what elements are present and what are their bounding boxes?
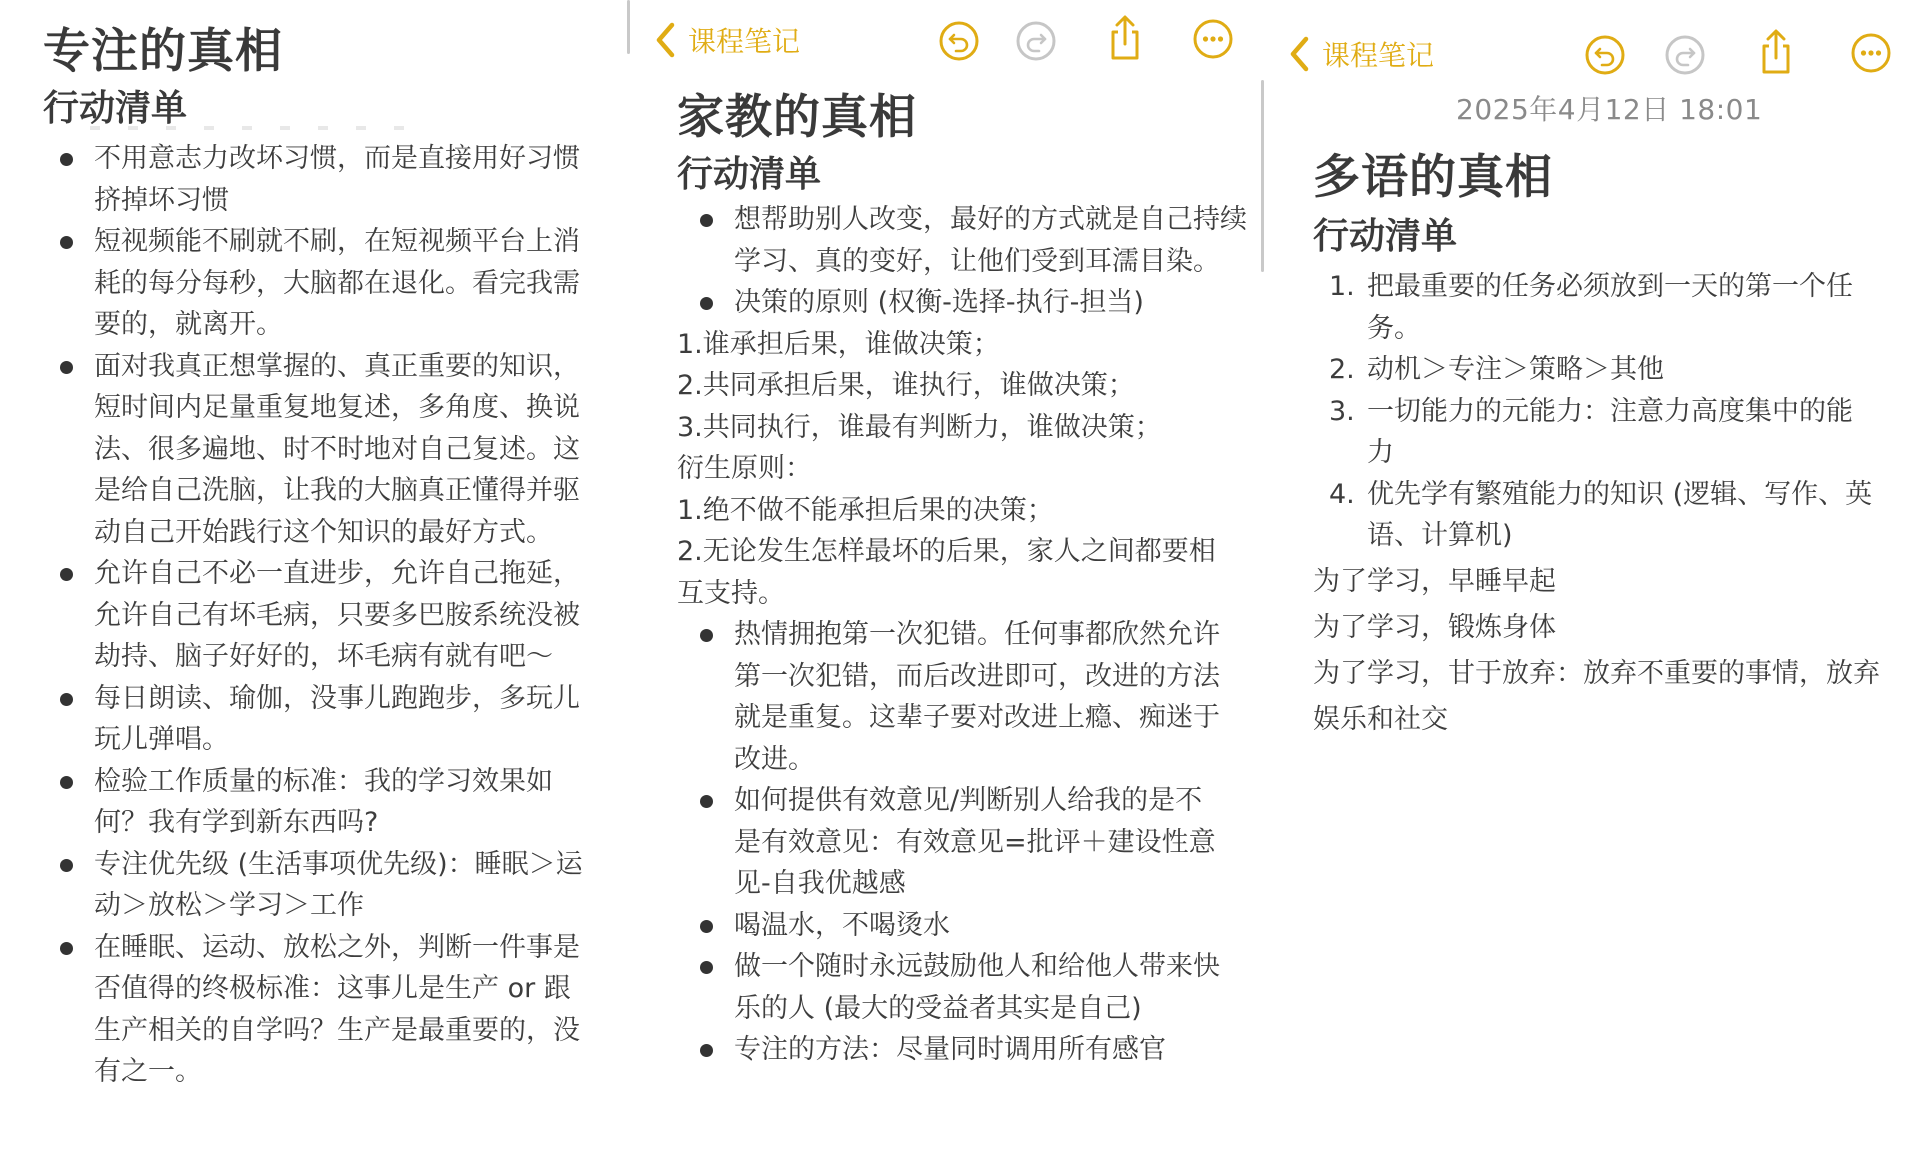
list-item: 如何提供有效意见/判断别人给我的是不是有效意见：有效意见=批评＋建设性意见-自我… <box>700 780 1222 905</box>
list-item: 面对我真正想掌握的、真正重要的知识，短时间内足量重复地复述，多角度、换说法、很多… <box>60 346 585 554</box>
note-title: 专注的真相 <box>43 14 283 81</box>
note-timestamp: 2025年4月12日 18:01 <box>1456 88 1762 128</box>
list-item: 允许自己不必一直进步，允许自己拖延，允许自己有坏毛病，只要多巴胺系统没被劫持、脑… <box>60 553 585 678</box>
bullet-list: 不用意志力改坏习惯，而是直接用好习惯挤掉坏习惯 短视频能不刷就不刷，在短视频平台… <box>60 138 585 1093</box>
list-text: 动机＞专注＞策略＞其他 <box>1367 354 1664 385</box>
text-line: 衍生原则： <box>677 448 1222 490</box>
list-number: 3. <box>1329 391 1355 433</box>
note-toolbar: 课程笔记 <box>632 12 1262 72</box>
list-item: 每日朗读、瑜伽，没事儿跑跑步，多玩儿玩儿弹唱。 <box>60 678 585 761</box>
note-body[interactable]: 1. 把最重要的任务必须放到一天的第一个任务。 2. 动机＞专注＞策略＞其他 3… <box>1313 266 1903 743</box>
text-line: 1.谁承担后果，谁做决策； <box>677 324 1222 366</box>
list-item: 专注的方法：尽量同时调用所有感官 <box>700 1029 1222 1071</box>
list-item: 2. 动机＞专注＞策略＞其他 <box>1329 349 1873 391</box>
note-body[interactable]: 不用意志力改坏习惯，而是直接用好习惯挤掉坏习惯 短视频能不刷就不刷，在短视频平台… <box>60 138 585 1093</box>
redo-icon[interactable] <box>1664 34 1706 76</box>
list-item: 在睡眠、运动、放松之外，判断一件事是否值得的终极标准：这事儿是生产 or 跟生产… <box>60 927 585 1093</box>
text-line: 3.共同执行，谁最有判断力，谁做决策； <box>677 407 1222 449</box>
note-panel-multilingual: 课程笔记 2025年4月12日 18:01 多语的真相 行动清单 1. <box>1266 0 1918 1172</box>
text-line: 1.绝不做不能承担后果的决策； <box>677 490 1222 532</box>
list-item: 检验工作质量的标准：我的学习效果如何？我有学到新东西吗? <box>60 761 585 844</box>
text-line: 2.无论发生怎样最坏的后果，家人之间都要相互支持。 <box>677 531 1222 614</box>
back-button[interactable]: 课程笔记 <box>654 20 800 60</box>
note-subtitle: 行动清单 <box>677 146 821 197</box>
plain-lines: 1.谁承担后果，谁做决策； 2.共同承担后果，谁执行，谁做决策； 3.共同执行，… <box>677 324 1252 615</box>
chevron-left-icon <box>1288 36 1310 72</box>
list-item: 想帮助别人改变，最好的方式就是自己持续学习、真的变好，让他们受到耳濡目染。 <box>700 199 1252 282</box>
text-line: 为了学习，早睡早起 <box>1313 559 1903 605</box>
bullet-list: 想帮助别人改变，最好的方式就是自己持续学习、真的变好，让他们受到耳濡目染。 决策… <box>700 199 1252 324</box>
undo-icon[interactable] <box>1584 34 1626 76</box>
note-toolbar: 课程笔记 <box>1266 28 1918 88</box>
list-number: 1. <box>1329 266 1355 308</box>
share-icon[interactable] <box>1756 28 1796 76</box>
list-item: 3. 一切能力的元能力：注意力高度集中的能力 <box>1329 391 1873 474</box>
list-item: 喝温水，不喝烫水 <box>700 905 1222 947</box>
share-icon[interactable] <box>1105 14 1145 62</box>
list-item: 决策的原则 (权衡-选择-执行-担当) <box>700 282 1252 324</box>
note-title: 家教的真相 <box>677 80 917 147</box>
more-icon[interactable] <box>1192 18 1234 60</box>
redo-icon[interactable] <box>1015 20 1057 62</box>
back-button[interactable]: 课程笔记 <box>1288 34 1434 74</box>
text-line: 为了学习，锻炼身体 <box>1313 605 1903 651</box>
undo-icon[interactable] <box>938 20 980 62</box>
more-icon[interactable] <box>1850 32 1892 74</box>
note-subtitle: 行动清单 <box>43 80 187 131</box>
note-subtitle: 行动清单 <box>1313 208 1457 259</box>
back-label: 课程笔记 <box>688 20 800 60</box>
list-item: 专注优先级 (生活事项优先级)：睡眠＞运动＞放松＞学习＞工作 <box>60 844 585 927</box>
list-item: 做一个随时永远鼓励他人和给他人带来快乐的人 (最大的受益者其实是自己) <box>700 946 1222 1029</box>
list-text: 优先学有繁殖能力的知识 (逻辑、写作、英语、计算机) <box>1367 479 1872 552</box>
scrolled-text-remnant <box>90 126 430 130</box>
list-item: 短视频能不刷就不刷，在短视频平台上消耗的每分每秒，大脑都在退化。看完我需要的，就… <box>60 221 585 346</box>
list-item: 不用意志力改坏习惯，而是直接用好习惯挤掉坏习惯 <box>60 138 585 221</box>
note-panel-tutoring: 课程笔记 家教的真相 行动清单 想帮助别人改变，最好的方式就是自己持续学习、真的… <box>632 0 1262 1172</box>
text-line: 为了学习，甘于放弃：放弃不重要的事情，放弃娱乐和社交 <box>1313 651 1903 743</box>
numbered-list: 1. 把最重要的任务必须放到一天的第一个任务。 2. 动机＞专注＞策略＞其他 3… <box>1329 266 1903 557</box>
panel-divider <box>627 0 630 54</box>
list-item: 4. 优先学有繁殖能力的知识 (逻辑、写作、英语、计算机) <box>1329 474 1873 557</box>
back-label: 课程笔记 <box>1322 34 1434 74</box>
list-text: 把最重要的任务必须放到一天的第一个任务。 <box>1367 271 1853 344</box>
list-number: 2. <box>1329 349 1355 391</box>
scrollbar[interactable] <box>1261 80 1264 272</box>
list-text: 一切能力的元能力：注意力高度集中的能力 <box>1367 396 1853 469</box>
chevron-left-icon <box>654 22 676 58</box>
note-body[interactable]: 想帮助别人改变，最好的方式就是自己持续学习、真的变好，让他们受到耳濡目染。 决策… <box>677 199 1252 1071</box>
list-item: 1. 把最重要的任务必须放到一天的第一个任务。 <box>1329 266 1873 349</box>
note-panel-focus: 专注的真相 行动清单 不用意志力改坏习惯，而是直接用好习惯挤掉坏习惯 短视频能不… <box>0 0 628 1172</box>
bullet-list: 热情拥抱第一次犯错。任何事都欣然允许第一次犯错，而后改进即可，改进的方法就是重复… <box>700 614 1252 1071</box>
note-title: 多语的真相 <box>1313 140 1553 207</box>
plain-lines: 为了学习，早睡早起 为了学习，锻炼身体 为了学习，甘于放弃：放弃不重要的事情，放… <box>1313 559 1903 743</box>
list-number: 4. <box>1329 474 1355 516</box>
text-line: 2.共同承担后果，谁执行，谁做决策； <box>677 365 1222 407</box>
list-item: 热情拥抱第一次犯错。任何事都欣然允许第一次犯错，而后改进即可，改进的方法就是重复… <box>700 614 1222 780</box>
